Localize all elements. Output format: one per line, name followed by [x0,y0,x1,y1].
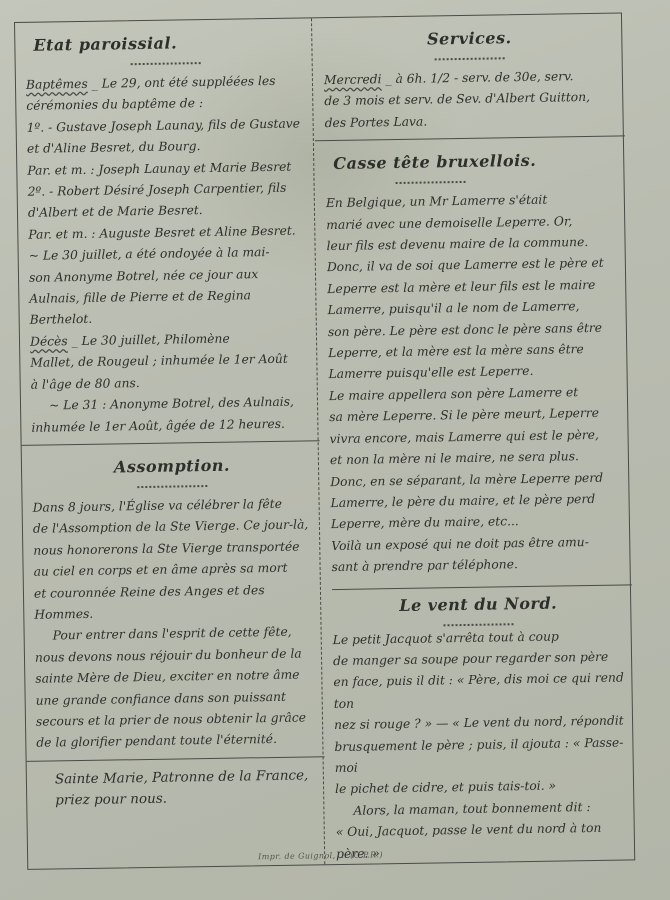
invocation-line: priez pour nous. [37,787,317,813]
text-line: inhumée le 1er Août, âgée de 12 heures. [31,413,311,439]
text-line: de 3 mois et serv. de Sev. d'Albert Guit… [324,87,616,113]
text-line: Mallet, de Rougeul ; inhumée le 1er Août [30,349,310,375]
invocation-section: Sainte Marie, Patronne de la France, pri… [37,757,318,812]
text-line: de la glorifier pendant toute l'éternité… [36,729,316,755]
etat-paroissial-title: Etat paroissial. [25,18,305,56]
bulletin-page: Etat paroissial. Baptêmes _ Le 29, ont é… [14,12,635,869]
services-section: Services. Mercredi _ à 6h. 1/2 - serv. d… [323,14,617,142]
vent-du-nord-title: Le vent du Nord. [332,585,624,618]
etat-paroissial-section: Etat paroissial. Baptêmes _ Le 29, ont é… [25,18,312,445]
mercredi-label: Mercredi [324,72,382,87]
right-column: Services. Mercredi _ à 6h. 1/2 - serv. d… [313,13,636,864]
title-ornament [443,617,513,626]
assomption-section: Assomption. Dans 8 jours, l'Église va cé… [32,441,317,761]
text-line: ~ Le 30 juillet, a été ondoyée à la mai- [29,242,309,268]
title-ornament [435,51,505,60]
deces-label: Décès [30,334,68,349]
title-ornament [137,479,207,488]
title-ornament [131,56,201,65]
title-ornament [395,175,465,184]
casse-tete-section: Casse tête bruxellois. En Belgique, un M… [325,137,624,590]
text-line: sant à prendre par téléphone. [331,553,623,579]
vent-du-nord-section: Le vent du Nord. Le petit Jacquot s'arrê… [332,585,628,865]
text-line: au ciel en corps et en âme après sa mort [33,557,313,583]
assomption-title: Assomption. [32,441,312,479]
text-line: brusquement le père ; puis, il ajouta : … [334,732,627,779]
text-line: et couronnée Reine des Anges et des Homm… [34,579,315,626]
text-line: en face, puis il dit : « Père, dis moi c… [333,668,626,715]
text-line: des Portes Lava. [324,108,616,134]
services-title: Services. [323,14,615,53]
left-column: Etat paroissial. Baptêmes _ Le 29, ont é… [15,18,324,869]
casse-tete-title: Casse tête bruxellois. [325,137,617,176]
baptemes-label: Baptêmes [26,77,88,92]
